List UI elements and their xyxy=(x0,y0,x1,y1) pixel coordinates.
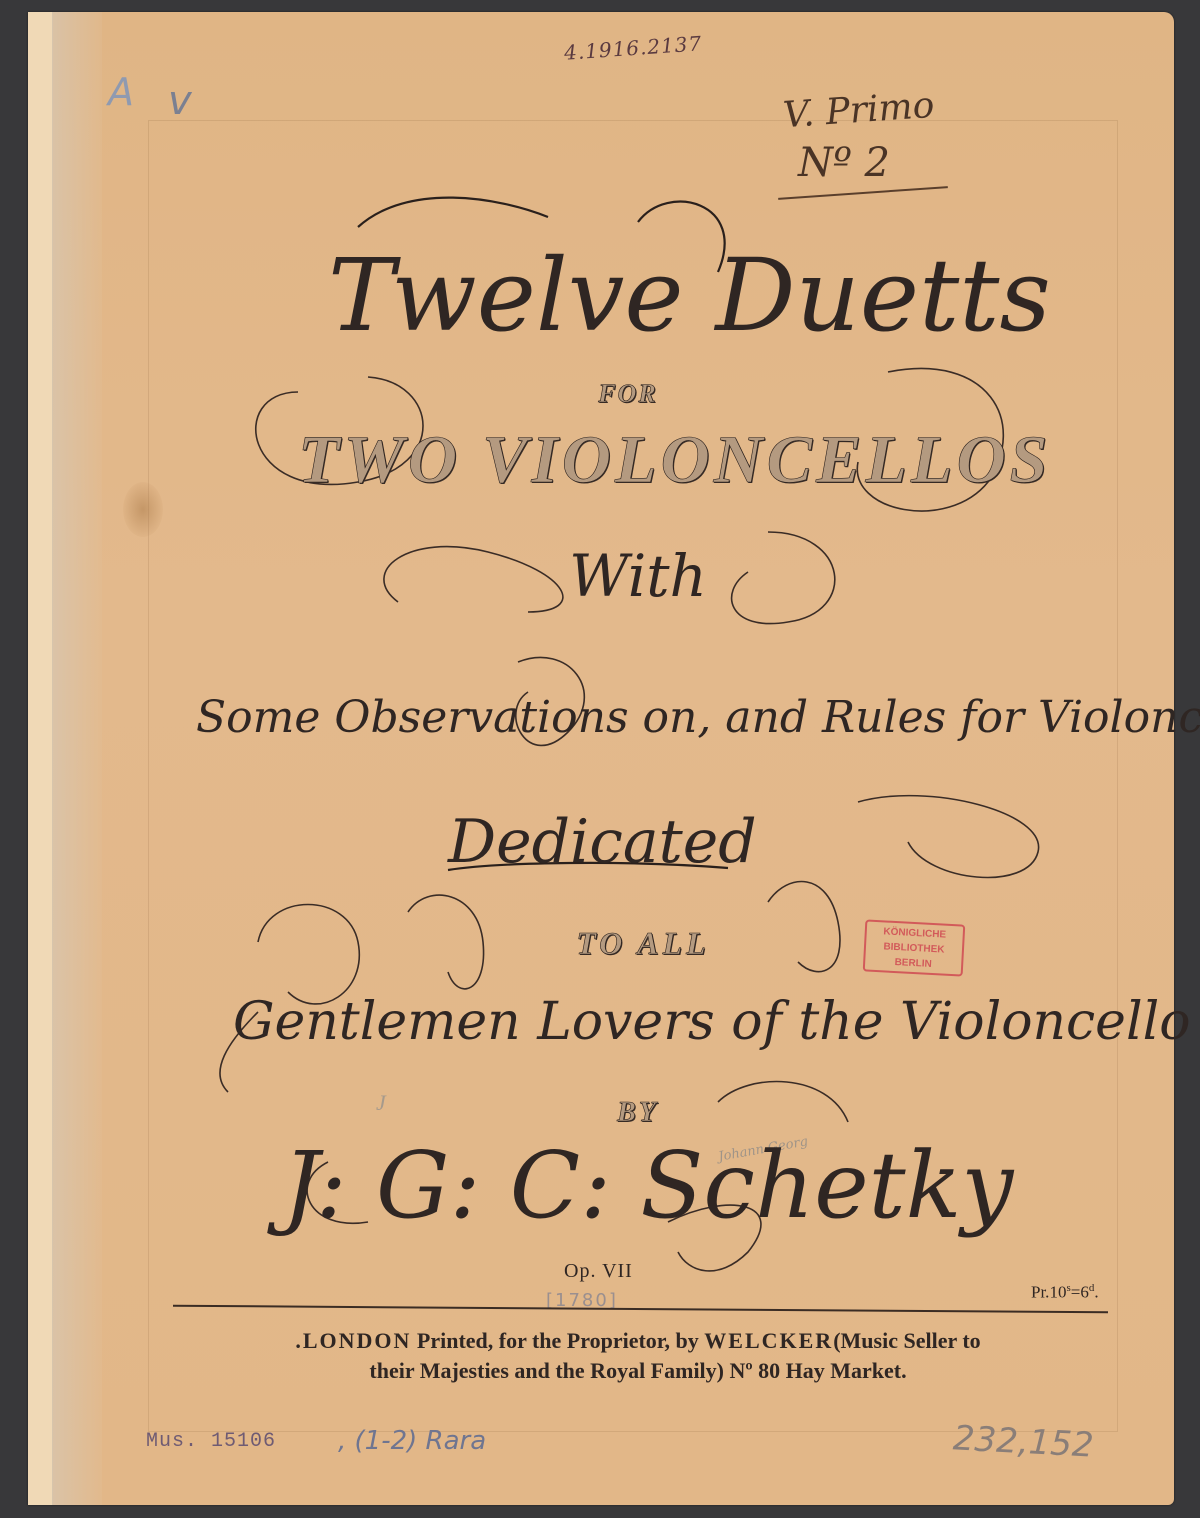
composer-name: J: G: C: Schetky xyxy=(268,1132,1028,1239)
pencil-mark-a: A xyxy=(108,70,134,114)
subtitle-observations: Some Observations on, and Rules for Viol… xyxy=(196,692,1096,743)
dedicated-heading: Dedicated xyxy=(448,807,748,877)
title-page: A v 4.1916.2137 V. Primo Nº 2 Twelve Due… xyxy=(28,12,1174,1505)
price-shillings: 10 xyxy=(1049,1283,1066,1302)
opus-number: Op. VII xyxy=(564,1260,633,1283)
title-with: With xyxy=(548,542,728,610)
price-suffix: . xyxy=(1094,1283,1098,1302)
imprint-music-seller: (Music Seller to xyxy=(833,1328,980,1353)
foxing-stain xyxy=(123,482,163,537)
title-twelve-duetts: Twelve Duetts xyxy=(328,237,948,354)
shelfmark-top: 4.1916.2137 xyxy=(563,31,703,65)
price-pence: 6 xyxy=(1080,1283,1089,1302)
dedication-to-all: TO ALL xyxy=(533,925,753,962)
call-number-pencil: , (1-2) Rara xyxy=(338,1426,486,1456)
imprint-line-1: .LONDON Printed, for the Proprietor, by … xyxy=(168,1326,1108,1356)
title-for: FOR xyxy=(548,379,708,409)
imprint-printed: Printed, for the Proprietor, by xyxy=(417,1328,699,1353)
imprint: .LONDON Printed, for the Proprietor, by … xyxy=(168,1326,1108,1386)
title-two-violoncellos: TWO VIOLONCELLOS xyxy=(298,420,1018,499)
dedication-gentlemen: Gentlemen Lovers of the Violoncello xyxy=(233,992,1033,1052)
price-separator: = xyxy=(1071,1283,1081,1302)
library-stamp: KÖNIGLICHE BIBLIOTHEK BERLIN xyxy=(863,919,966,976)
inventory-number: 232,152 xyxy=(952,1418,1095,1465)
pencil-mark-v: v xyxy=(168,78,192,124)
price: Pr.10s=6d. xyxy=(1031,1282,1099,1303)
part-number: Nº 2 xyxy=(798,140,890,186)
call-number-stamp: Mus. 15106 xyxy=(146,1430,276,1453)
repair-tape xyxy=(52,12,102,1505)
imprint-line-2: their Majesties and the Royal Family) Nº… xyxy=(168,1356,1108,1386)
imprint-london: .LONDON xyxy=(295,1328,411,1353)
spine-strip xyxy=(28,12,53,1505)
price-prefix: Pr. xyxy=(1031,1283,1049,1302)
pencil-mark-j: J xyxy=(376,1090,386,1116)
imprint-publisher: WELCKER xyxy=(704,1328,833,1353)
by-label: BY xyxy=(593,1097,683,1129)
